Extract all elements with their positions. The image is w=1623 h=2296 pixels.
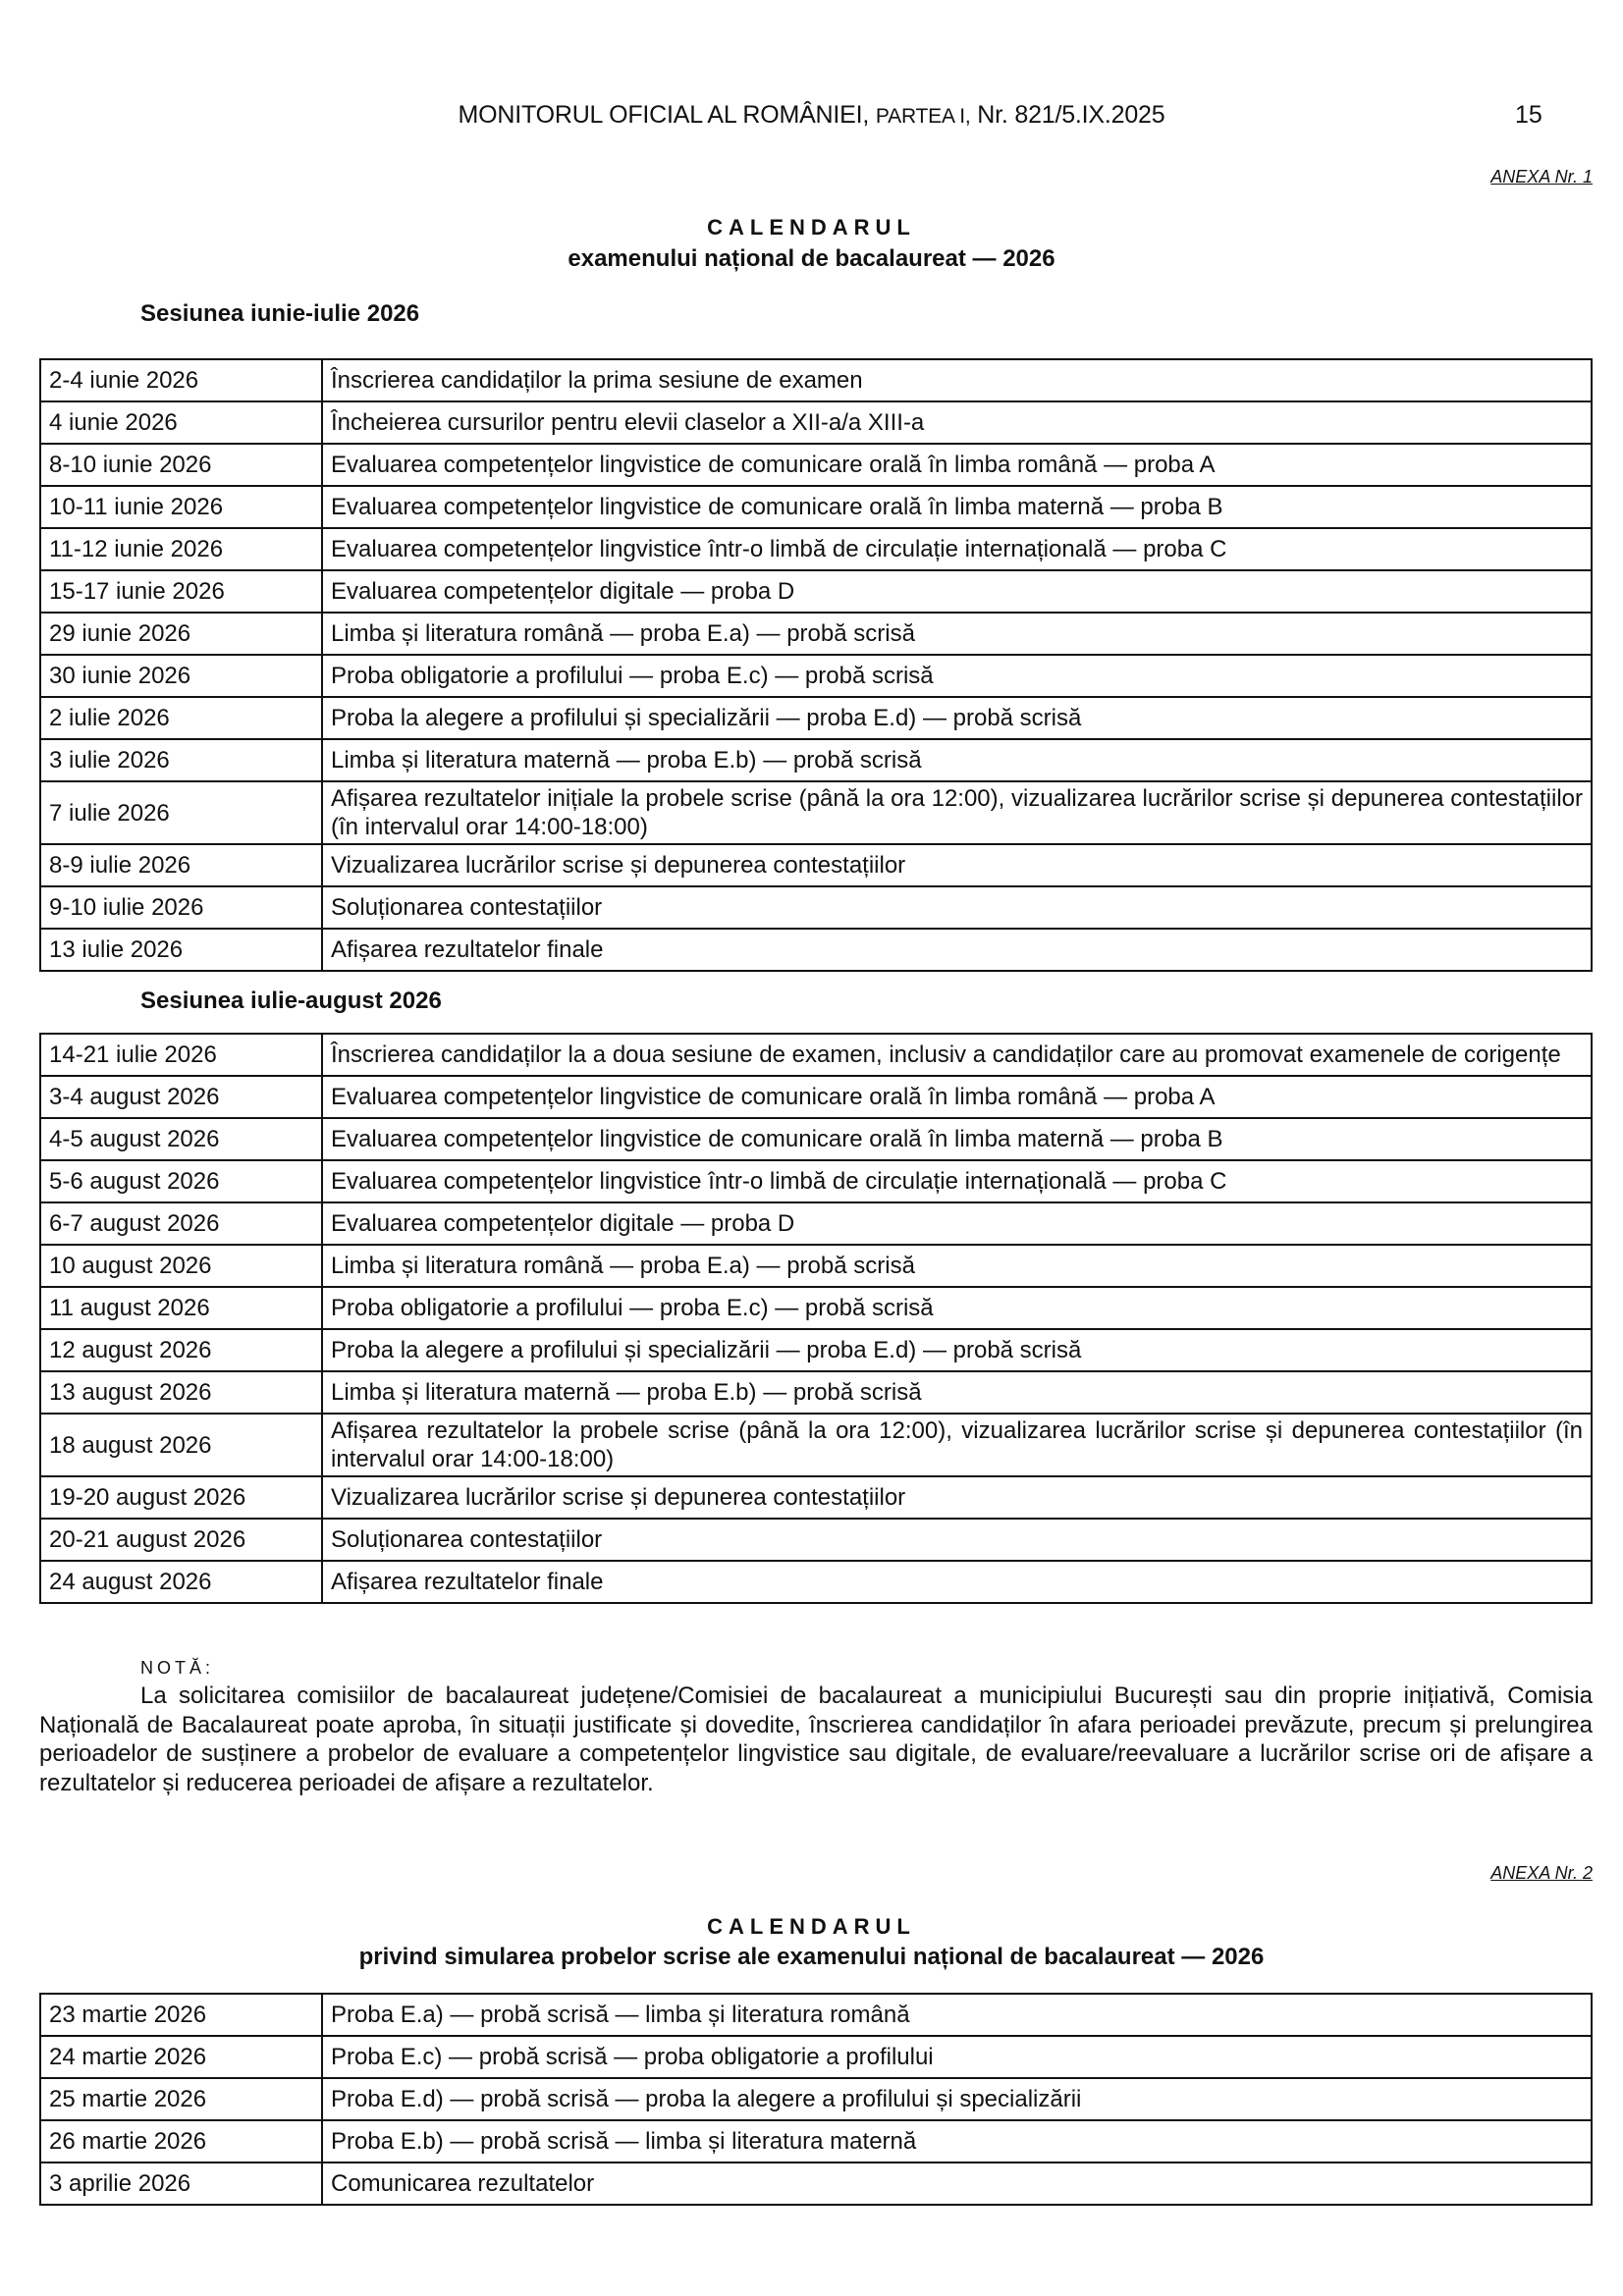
date-cell: 11 august 2026 (40, 1287, 322, 1329)
issue-number: Nr. 821/5.IX.2025 (977, 101, 1164, 129)
table-row: 15-17 iunie 2026Evaluarea competențelor … (40, 570, 1592, 613)
table-row: 10 august 2026Limba și literatura română… (40, 1245, 1592, 1287)
date-cell: 9-10 iulie 2026 (40, 886, 322, 929)
table-row: 13 august 2026Limba și literatura matern… (40, 1371, 1592, 1414)
activity-cell: Soluționarea contestațiilor (322, 886, 1592, 929)
date-cell: 3 iulie 2026 (40, 739, 322, 781)
date-cell: 25 martie 2026 (40, 2078, 322, 2120)
page-header: MONITORUL OFICIAL AL ROMÂNIEI, PARTEA I,… (0, 101, 1623, 130)
publication-title: MONITORUL OFICIAL AL ROMÂNIEI, (459, 101, 870, 129)
table-row: 19-20 august 2026Vizualizarea lucrărilor… (40, 1476, 1592, 1519)
activity-cell: Evaluarea competențelor lingvistice de c… (322, 1076, 1592, 1118)
table-row: 10-11 iunie 2026Evaluarea competențelor … (40, 486, 1592, 528)
session-1-title: Sesiunea iunie-iulie 2026 (140, 300, 419, 328)
table-row: 24 august 2026Afișarea rezultatelor fina… (40, 1561, 1592, 1603)
note-text: La solicitarea comisiilor de bacalaureat… (39, 1682, 1593, 1797)
table-row: 11-12 iunie 2026Evaluarea competențelor … (40, 528, 1592, 570)
table-row: 26 martie 2026Proba E.b) — probă scrisă … (40, 2120, 1592, 2163)
session-2-title: Sesiunea iulie-august 2026 (140, 988, 442, 1015)
activity-cell: Soluționarea contestațiilor (322, 1519, 1592, 1561)
date-cell: 15-17 iunie 2026 (40, 570, 322, 613)
activity-cell: Proba obligatorie a profilului — proba E… (322, 655, 1592, 697)
table-row: 4 iunie 2026Încheierea cursurilor pentru… (40, 401, 1592, 444)
activity-cell: Evaluarea competențelor lingvistice de c… (322, 444, 1592, 486)
table-row: 2 iulie 2026Proba la alegere a profilulu… (40, 697, 1592, 739)
date-cell: 4 iunie 2026 (40, 401, 322, 444)
table-row: 3-4 august 2026Evaluarea competențelor l… (40, 1076, 1592, 1118)
table-row: 30 iunie 2026Proba obligatorie a profilu… (40, 655, 1592, 697)
date-cell: 20-21 august 2026 (40, 1519, 322, 1561)
table-row: 9-10 iulie 2026Soluționarea contestațiil… (40, 886, 1592, 929)
date-cell: 2-4 iunie 2026 (40, 359, 322, 401)
date-cell: 5-6 august 2026 (40, 1160, 322, 1202)
table-row: 5-6 august 2026Evaluarea competențelor l… (40, 1160, 1592, 1202)
date-cell: 10-11 iunie 2026 (40, 486, 322, 528)
date-cell: 2 iulie 2026 (40, 697, 322, 739)
activity-cell: Proba la alegere a profilului și special… (322, 1329, 1592, 1371)
activity-cell: Proba E.d) — probă scrisă — proba la ale… (322, 2078, 1592, 2120)
table-row: 13 iulie 2026Afișarea rezultatelor final… (40, 929, 1592, 971)
activity-cell: Limba și literatura română — proba E.a) … (322, 613, 1592, 655)
table-row: 24 martie 2026Proba E.c) — probă scrisă … (40, 2036, 1592, 2078)
date-cell: 24 august 2026 (40, 1561, 322, 1603)
table-row: 25 martie 2026Proba E.d) — probă scrisă … (40, 2078, 1592, 2120)
activity-cell: Afișarea rezultatelor la probele scrise … (322, 1414, 1592, 1476)
activity-cell: Afișarea rezultatelor finale (322, 929, 1592, 971)
note-heading: NOTĂ: (140, 1658, 214, 1679)
session-2-table: 14-21 iulie 2026Înscrierea candidaților … (39, 1033, 1593, 1604)
table-row: 23 martie 2026Proba E.a) — probă scrisă … (40, 1994, 1592, 2036)
date-cell: 30 iunie 2026 (40, 655, 322, 697)
date-cell: 19-20 august 2026 (40, 1476, 322, 1519)
activity-cell: Afișarea rezultatelor finale (322, 1561, 1592, 1603)
table-row: 7 iulie 2026Afișarea rezultatelor iniția… (40, 781, 1592, 844)
activity-cell: Încheierea cursurilor pentru elevii clas… (322, 401, 1592, 444)
activity-cell: Proba la alegere a profilului și special… (322, 697, 1592, 739)
date-cell: 26 martie 2026 (40, 2120, 322, 2163)
date-cell: 3 aprilie 2026 (40, 2163, 322, 2205)
annex-2-title: CALENDARUL (0, 1914, 1623, 1940)
date-cell: 8-10 iunie 2026 (40, 444, 322, 486)
activity-cell: Evaluarea competențelor digitale — proba… (322, 570, 1592, 613)
page-number: 15 (1515, 101, 1542, 130)
date-cell: 24 martie 2026 (40, 2036, 322, 2078)
table-row: 12 august 2026Proba la alegere a profilu… (40, 1329, 1592, 1371)
activity-cell: Afișarea rezultatelor inițiale la probel… (322, 781, 1592, 844)
date-cell: 6-7 august 2026 (40, 1202, 322, 1245)
annex-1-label: ANEXA Nr. 1 (1490, 167, 1593, 187)
activity-cell: Evaluarea competențelor lingvistice de c… (322, 1118, 1592, 1160)
activity-cell: Limba și literatura maternă — proba E.b)… (322, 1371, 1592, 1414)
date-cell: 23 martie 2026 (40, 1994, 322, 2036)
table-row: 29 iunie 2026Limba și literatura română … (40, 613, 1592, 655)
table-row: 2-4 iunie 2026Înscrierea candidaților la… (40, 359, 1592, 401)
table-row: 20-21 august 2026Soluționarea contestați… (40, 1519, 1592, 1561)
date-cell: 18 august 2026 (40, 1414, 322, 1476)
simulation-table: 23 martie 2026Proba E.a) — probă scrisă … (39, 1993, 1593, 2206)
table-row: 8-9 iulie 2026Vizualizarea lucrărilor sc… (40, 844, 1592, 886)
activity-cell: Proba E.b) — probă scrisă — limba și lit… (322, 2120, 1592, 2163)
date-cell: 10 august 2026 (40, 1245, 322, 1287)
activity-cell: Vizualizarea lucrărilor scrise și depune… (322, 1476, 1592, 1519)
table-row: 8-10 iunie 2026Evaluarea competențelor l… (40, 444, 1592, 486)
activity-cell: Înscrierea candidaților la a doua sesiun… (322, 1034, 1592, 1076)
date-cell: 3-4 august 2026 (40, 1076, 322, 1118)
activity-cell: Proba E.c) — probă scrisă — proba obliga… (322, 2036, 1592, 2078)
annex-1-subtitle: examenului național de bacalaureat — 202… (0, 245, 1623, 273)
annex-1-title: CALENDARUL (0, 215, 1623, 240)
date-cell: 29 iunie 2026 (40, 613, 322, 655)
table-row: 14-21 iulie 2026Înscrierea candidaților … (40, 1034, 1592, 1076)
table-row: 4-5 august 2026Evaluarea competențelor l… (40, 1118, 1592, 1160)
activity-cell: Evaluarea competențelor lingvistice într… (322, 528, 1592, 570)
activity-cell: Vizualizarea lucrărilor scrise și depune… (322, 844, 1592, 886)
publication-part: PARTEA I, (876, 105, 971, 128)
date-cell: 7 iulie 2026 (40, 781, 322, 844)
table-row: 3 aprilie 2026Comunicarea rezultatelor (40, 2163, 1592, 2205)
date-cell: 4-5 august 2026 (40, 1118, 322, 1160)
session-1-table: 2-4 iunie 2026Înscrierea candidaților la… (39, 358, 1593, 972)
activity-cell: Evaluarea competențelor lingvistice într… (322, 1160, 1592, 1202)
activity-cell: Evaluarea competențelor digitale — proba… (322, 1202, 1592, 1245)
date-cell: 13 august 2026 (40, 1371, 322, 1414)
activity-cell: Proba E.a) — probă scrisă — limba și lit… (322, 1994, 1592, 2036)
table-row: 18 august 2026Afișarea rezultatelor la p… (40, 1414, 1592, 1476)
activity-cell: Înscrierea candidaților la prima sesiune… (322, 359, 1592, 401)
date-cell: 13 iulie 2026 (40, 929, 322, 971)
table-row: 11 august 2026Proba obligatorie a profil… (40, 1287, 1592, 1329)
table-row: 6-7 august 2026Evaluarea competențelor d… (40, 1202, 1592, 1245)
activity-cell: Limba și literatura maternă — proba E.b)… (322, 739, 1592, 781)
date-cell: 11-12 iunie 2026 (40, 528, 322, 570)
activity-cell: Comunicarea rezultatelor (322, 2163, 1592, 2205)
date-cell: 12 august 2026 (40, 1329, 322, 1371)
annex-2-subtitle: privind simularea probelor scrise ale ex… (0, 1944, 1623, 1971)
activity-cell: Limba și literatura română — proba E.a) … (322, 1245, 1592, 1287)
date-cell: 8-9 iulie 2026 (40, 844, 322, 886)
table-row: 3 iulie 2026Limba și literatura maternă … (40, 739, 1592, 781)
activity-cell: Evaluarea competențelor lingvistice de c… (322, 486, 1592, 528)
date-cell: 14-21 iulie 2026 (40, 1034, 322, 1076)
annex-2-label: ANEXA Nr. 2 (1490, 1863, 1593, 1884)
activity-cell: Proba obligatorie a profilului — proba E… (322, 1287, 1592, 1329)
